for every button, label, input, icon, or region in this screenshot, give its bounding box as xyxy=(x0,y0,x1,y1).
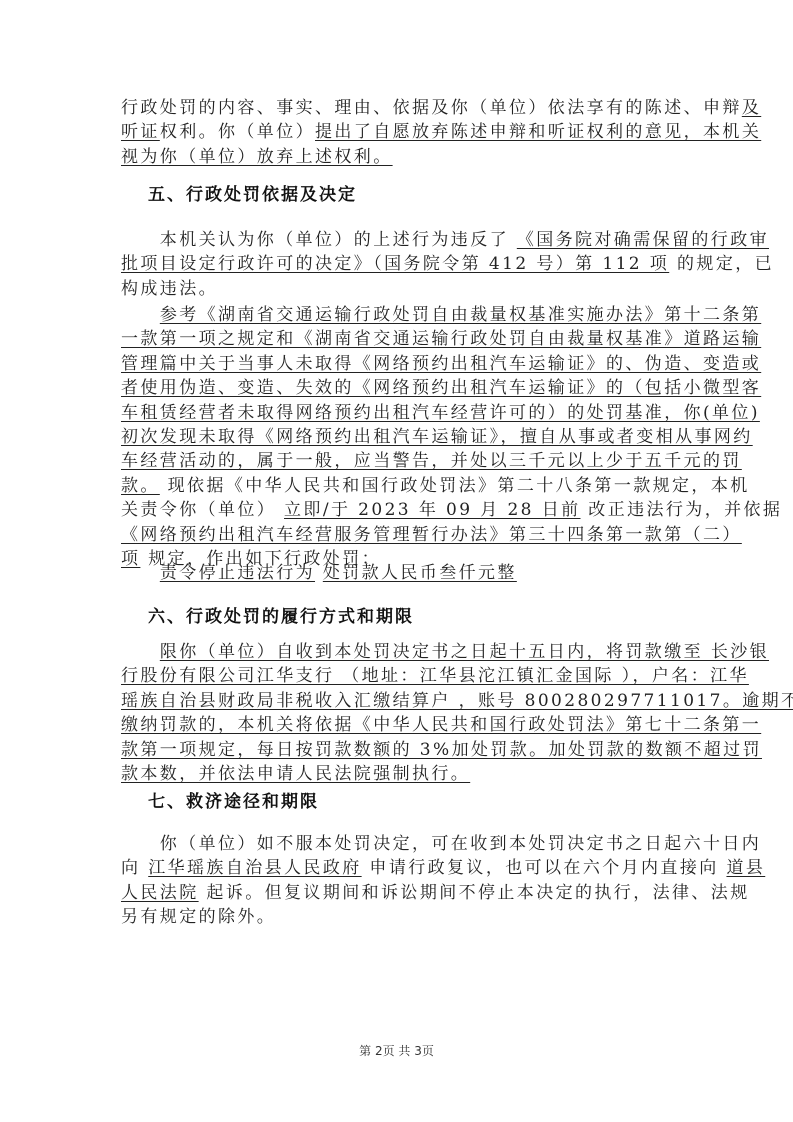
text-line: 者使用伪造、变造、失效的《网络预约出租汽车运输证》的（包括小微型客 xyxy=(121,376,673,400)
underlined-fill-text: 车租赁经营者未取得网络预约出租汽车经营许可的）的处罚基准，你(单位) xyxy=(121,403,760,423)
underlined-fill-text: 批项目设定行政许可的决定》（国务院令第 412 号）第 112 项 xyxy=(121,254,669,274)
text-line: 瑶族自治县财政局非税收入汇缴结算户 ，账号 800280297711017。逾期… xyxy=(121,689,673,713)
underlined-fill-text: 初次发现未取得《网络预约出租汽车运输证》，擅自从事或者变相从事网约 xyxy=(121,427,753,447)
underlined-fill-text: 《网络预约出租汽车经营服务管理暂行办法》第三十四条第一款第（二） xyxy=(121,525,742,545)
text-line: 关责令你（单位） 立即/于 2023 年 09 月 28 日前 改正违法行为，并… xyxy=(121,498,673,522)
text-run: 本机关认为你（单位）的上述行为违反了 xyxy=(121,230,517,250)
underlined-fill-text: 江华瑶族自治县人民政府 xyxy=(148,858,361,878)
text-line: 管理篇中关于当事人未取得《网络预约出租汽车运输证》的、伪造、变造或 xyxy=(121,352,673,376)
underlined-fill-text: 限你（单位）自收到本处罚决定书之日起十五日内，将罚款缴至 长沙银 xyxy=(160,642,769,662)
text-line: 视为你（单位）放弃上述权利。 xyxy=(121,145,673,169)
text-line: 款本数，并依法申请人民法院强制执行。 xyxy=(121,762,673,786)
text-line: 限你（单位）自收到本处罚决定书之日起十五日内，将罚款缴至 长沙银 xyxy=(121,640,673,664)
underlined-fill-text: 听证 xyxy=(121,122,160,142)
text-line: 另有规定的除外。 xyxy=(121,905,673,929)
text-run: 权利。你（单位） xyxy=(160,122,315,142)
text-run xyxy=(121,642,160,662)
section-5-heading: 五、行政处罚依据及决定 xyxy=(148,183,357,207)
underlined-fill-text: 行股份有限公司江华支行 （地址：江华县沱江镇汇金国际 ），户名：江华 xyxy=(121,666,749,686)
text-line: 听证权利。你（单位）提出了自愿放弃陈述申辩和听证权利的意见，本机关 xyxy=(121,120,673,144)
underlined-fill-text: 视为你（单位）放弃上述权利。 xyxy=(121,147,393,167)
text-line: 《网络预约出租汽车经营服务管理暂行办法》第三十四条第一款第（二） xyxy=(121,523,673,547)
text-line: 车租赁经营者未取得网络预约出租汽车经营许可的）的处罚基准，你(单位) xyxy=(121,401,673,425)
text-line: 批项目设定行政许可的决定》（国务院令第 412 号）第 112 项 的规定，已 xyxy=(121,252,673,276)
text-line: 款。 现依据《中华人民共和国行政处罚法》第二十八条第一款规定，本机 xyxy=(121,474,673,498)
text-run: 关责令你（单位） xyxy=(121,500,284,520)
section-7-heading: 七、救济途径和期限 xyxy=(148,790,319,814)
underlined-fill-text: 《国务院对确需保留的行政审 xyxy=(517,230,769,250)
text-run: 向 xyxy=(121,858,148,878)
text-line: 车经营活动的，属于一般，应当警告，并处以三千元以上少于五千元的罚 xyxy=(121,449,673,473)
underlined-fill-text: 管理篇中关于当事人未取得《网络预约出租汽车运输证》的、伪造、变造或 xyxy=(121,354,761,374)
text-line: 向 江华瑶族自治县人民政府 申请行政复议，也可以在六个月内直接向 道县 xyxy=(121,856,673,880)
text-run: 的规定，已 xyxy=(669,254,774,274)
underlined-fill-text: 缴纳罚款的，本机关将依据《中华人民共和国行政处罚法》第七十二条第一 xyxy=(121,715,761,735)
page-number-footer: 第 2页 共 3页 xyxy=(0,1042,793,1059)
underlined-fill-text: 立即/于 2023 年 09 月 28 日前 xyxy=(284,500,580,520)
text-line: 责令停止违法行为 处罚款人民币叁仟元整 xyxy=(121,561,673,585)
text-run: 起诉。但复议期间和诉讼期间不停止本决定的执行，法律、法规 xyxy=(199,883,750,903)
text-run: 行政处罚的内容、事实、理由、依据及你（单位）依法享有的陈述、申辩 xyxy=(121,98,742,118)
underlined-fill-text: 道县 xyxy=(726,858,765,878)
underlined-fill-text: 人民法院 xyxy=(121,883,199,903)
text-run: 你（单位）如不服本处罚决定，可在收到本处罚决定书之日起六十日内 xyxy=(121,834,761,854)
text-run xyxy=(315,563,323,583)
underlined-fill-text: 及 xyxy=(742,98,761,118)
text-run: 构成违法。 xyxy=(121,279,218,299)
text-run xyxy=(121,305,160,325)
text-line: 本机关认为你（单位）的上述行为违反了 《国务院对确需保留的行政审 xyxy=(121,228,673,252)
underlined-fill-text: 款第一项规定，每日按罚款数额的 3%加处罚款。加处罚款的数额不超过罚 xyxy=(121,740,762,760)
text-run xyxy=(121,563,160,583)
text-run: 改正违法行为，并依据 xyxy=(581,500,783,520)
document-page: 行政处罚的内容、事实、理由、依据及你（单位）依法享有的陈述、申辩及听证权利。你（… xyxy=(0,0,793,1122)
text-line: 缴纳罚款的，本机关将依据《中华人民共和国行政处罚法》第七十二条第一 xyxy=(121,713,673,737)
underlined-fill-text: 瑶族自治县财政局非税收入汇缴结算户 ，账号 800280297711017。逾期… xyxy=(121,691,793,711)
text-line: 行股份有限公司江华支行 （地址：江华县沱江镇汇金国际 ），户名：江华 xyxy=(121,664,673,688)
underlined-fill-text: 责令停止违法行为 xyxy=(160,563,315,583)
text-line: 一款第一项之规定和《湖南省交通运输行政处罚自由裁量权基准》道路运输 xyxy=(121,327,673,351)
text-run: 现依据《中华人民共和国行政处罚法》第二十八条第一款规定，本机 xyxy=(160,476,750,496)
underlined-fill-text: 款。 xyxy=(121,476,160,496)
text-line: 行政处罚的内容、事实、理由、依据及你（单位）依法享有的陈述、申辩及 xyxy=(121,96,673,120)
underlined-fill-text: 车经营活动的，属于一般，应当警告，并处以三千元以上少于五千元的罚 xyxy=(121,451,742,471)
text-run: 申请行政复议，也可以在六个月内直接向 xyxy=(362,858,727,878)
text-line: 构成违法。 xyxy=(121,277,673,301)
underlined-fill-text: 提出了自愿放弃陈述申辩和听证权利的意见，本机关 xyxy=(315,122,761,142)
text-line: 你（单位）如不服本处罚决定，可在收到本处罚决定书之日起六十日内 xyxy=(121,832,673,856)
text-line: 款第一项规定，每日按罚款数额的 3%加处罚款。加处罚款的数额不超过罚 xyxy=(121,738,673,762)
underlined-fill-text: 一款第一项之规定和《湖南省交通运输行政处罚自由裁量权基准》道路运输 xyxy=(121,329,761,349)
underlined-fill-text: 处罚款人民币叁仟元整 xyxy=(323,563,517,583)
text-line: 人民法院 起诉。但复议期间和诉讼期间不停止本决定的执行，法律、法规 xyxy=(121,881,673,905)
underlined-fill-text: 款本数，并依法申请人民法院强制执行。 xyxy=(121,764,470,784)
underlined-fill-text: 参考《湖南省交通运输行政处罚自由裁量权基准实施办法》第十二条第 xyxy=(160,305,761,325)
text-line: 初次发现未取得《网络预约出租汽车运输证》，擅自从事或者变相从事网约 xyxy=(121,425,673,449)
text-line: 参考《湖南省交通运输行政处罚自由裁量权基准实施办法》第十二条第 xyxy=(121,303,673,327)
section-6-heading: 六、行政处罚的履行方式和期限 xyxy=(148,605,414,629)
text-run: 另有规定的除外。 xyxy=(121,907,276,927)
underlined-fill-text: 者使用伪造、变造、失效的《网络预约出租汽车运输证》的（包括小微型客 xyxy=(121,378,761,398)
